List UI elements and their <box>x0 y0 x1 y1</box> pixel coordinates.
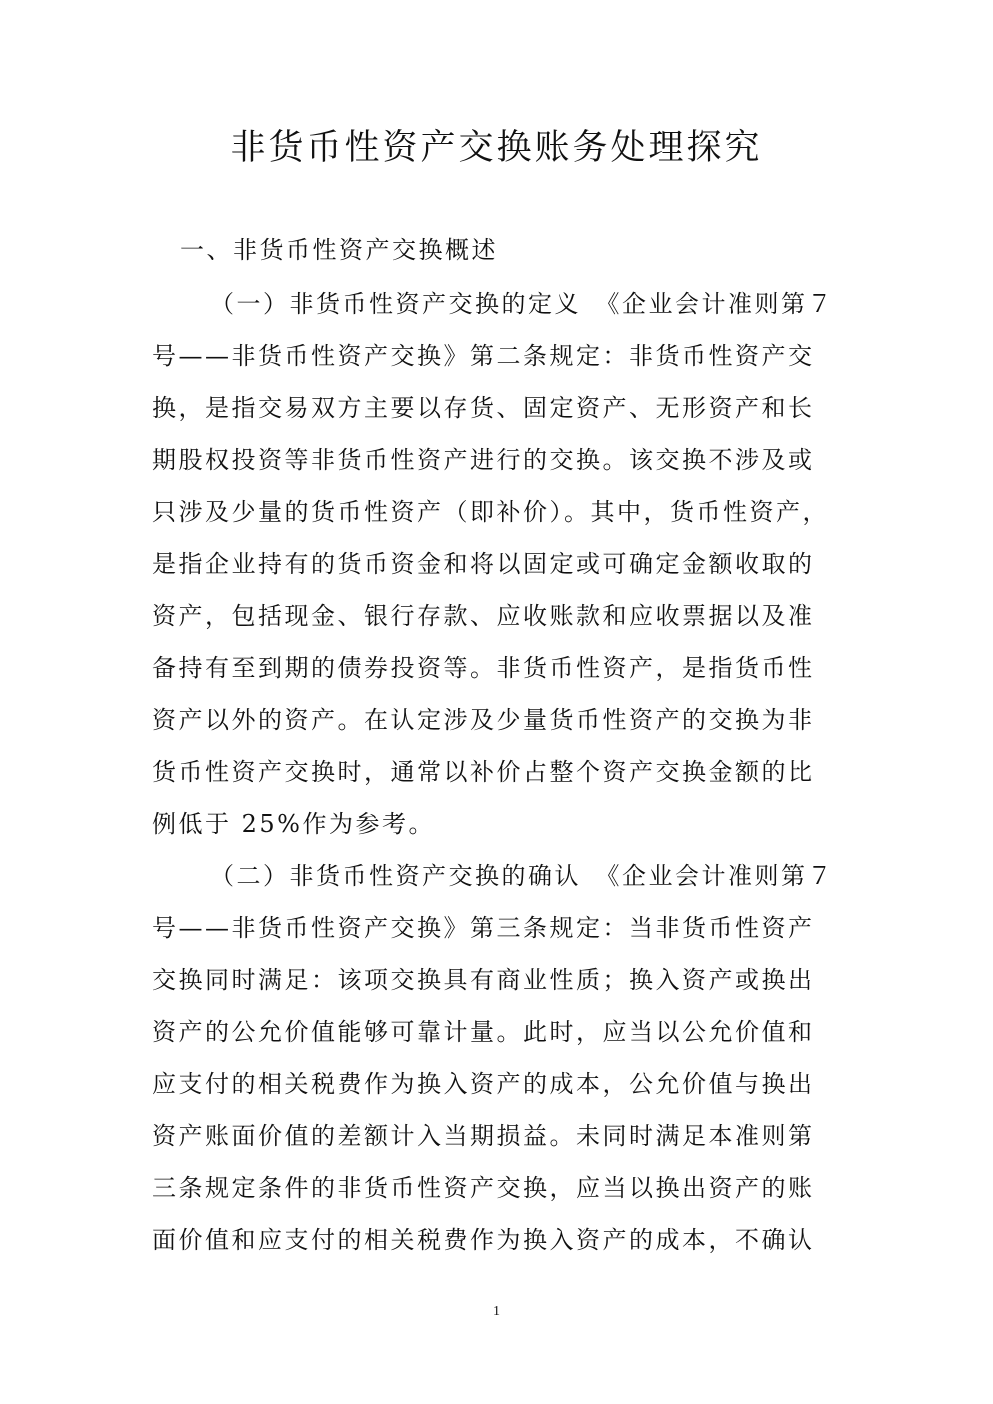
paragraph-line: （一）非货币性资产交换的定义 《企业会计准则第７ <box>210 288 910 320</box>
paragraph-line: 例低于 25%作为参考。 <box>152 808 852 840</box>
paragraph-line: 号——非货币性资产交换》第二条规定：非货币性资产交 <box>152 340 852 372</box>
paragraph-line: 只涉及少量的货币性资产（即补价）。其中，货币性资产， <box>152 496 852 528</box>
paragraph-line: 交换同时满足：该项交换具有商业性质；换入资产或换出 <box>152 964 852 996</box>
paragraph-line: 备持有至到期的债券投资等。非货币性资产，是指货币性 <box>152 652 852 684</box>
paragraph-line: 资产账面价值的差额计入当期损益。未同时满足本准则第 <box>152 1120 852 1152</box>
document-title: 非货币性资产交换账务处理探究 <box>0 124 993 172</box>
paragraph-line: 面价值和应支付的相关税费作为换入资产的成本，不确认 <box>152 1224 852 1256</box>
paragraph-line: 换，是指交易双方主要以存货、固定资产、无形资产和长 <box>152 392 852 424</box>
paragraph-line: （二）非货币性资产交换的确认 《企业会计准则第７ <box>210 860 910 892</box>
paragraph-line: 货币性资产交换时，通常以补价占整个资产交换金额的比 <box>152 756 852 788</box>
paragraph-line: 期股权投资等非货币性资产进行的交换。该交换不涉及或 <box>152 444 852 476</box>
page-number: 1 <box>0 1303 993 1321</box>
paragraph-line: 三条规定条件的非货币性资产交换，应当以换出资产的账 <box>152 1172 852 1204</box>
paragraph-line: 号——非货币性资产交换》第三条规定：当非货币性资产 <box>152 912 852 944</box>
paragraph-line: 是指企业持有的货币资金和将以固定或可确定金额收取的 <box>152 548 852 580</box>
paragraph-line: 资产的公允价值能够可靠计量。此时，应当以公允价值和 <box>152 1016 852 1048</box>
paragraph-line: 资产以外的资产。在认定涉及少量货币性资产的交换为非 <box>152 704 852 736</box>
paragraph-line: 资产，包括现金、银行存款、应收账款和应收票据以及准 <box>152 600 852 632</box>
document-page: 非货币性资产交换账务处理探究 一、非货币性资产交换概述 （一）非货币性资产交换的… <box>0 0 993 1404</box>
section-heading: 一、非货币性资产交换概述 <box>180 234 880 266</box>
paragraph-line: 应支付的相关税费作为换入资产的成本，公允价值与换出 <box>152 1068 852 1100</box>
